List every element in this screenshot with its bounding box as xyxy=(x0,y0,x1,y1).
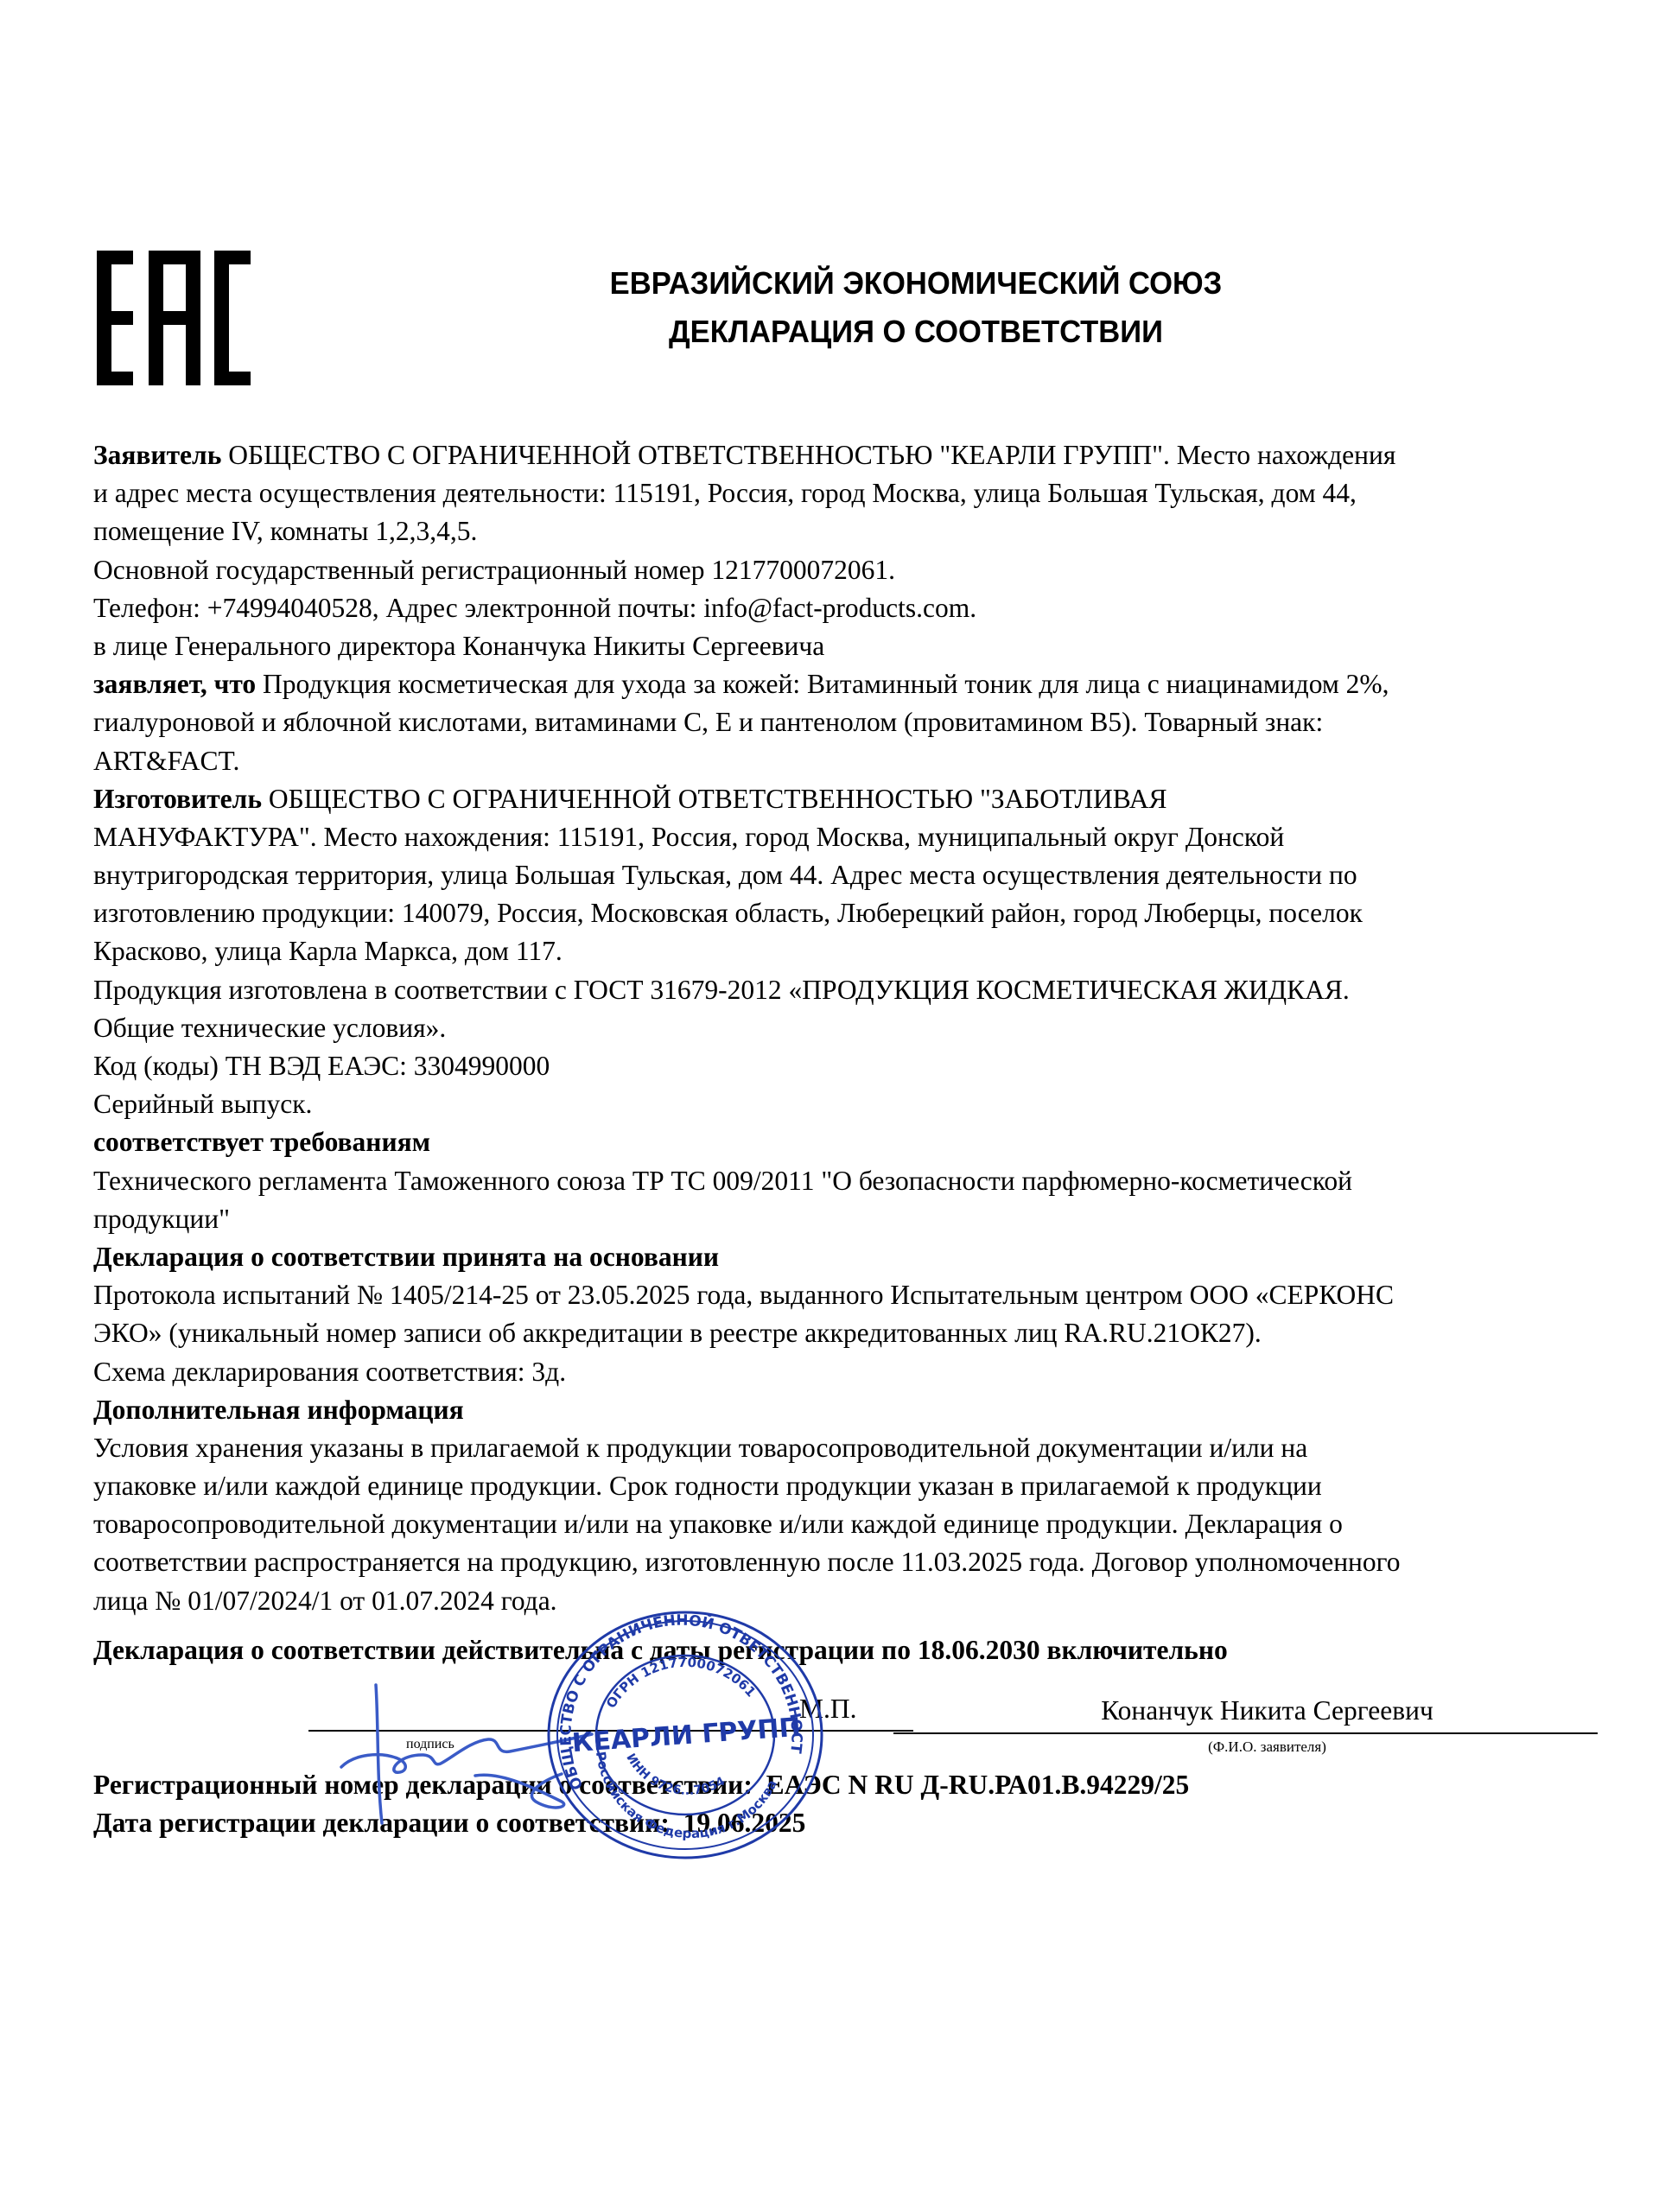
body-line: Основной государственный регистрационный… xyxy=(93,551,1601,589)
body-line: Телефон: +74994040528, Адрес электронной… xyxy=(93,589,1601,627)
line-text: соответствии распространяется на продукц… xyxy=(93,1547,1401,1577)
body-line: Изготовитель ОБЩЕСТВО С ОГРАНИЧЕННОЙ ОТВ… xyxy=(93,780,1601,818)
line-text: в лице Генерального директора Конанчука … xyxy=(93,631,824,661)
section-label: Заявитель xyxy=(93,440,221,470)
company-stamp-icon: ОБЩЕСТВО С ОГРАНИЧЕННОЙ ОТВЕТСТВЕННОСТЬЮ… xyxy=(531,1605,834,1865)
body-line: и адрес места осуществления деятельности… xyxy=(93,474,1601,512)
body-line: лица № 01/07/2024/1 от 01.07.2024 года. xyxy=(93,1582,1601,1620)
section-label: Декларация о соответствии принята на осн… xyxy=(93,1242,719,1272)
line-text: Продукция косметическая для ухода за кож… xyxy=(256,669,1389,699)
line-text: лица № 01/07/2024/1 от 01.07.2024 года. xyxy=(93,1586,557,1616)
body-line: ART&FACT. xyxy=(93,742,1601,780)
line-text: ЭКО» (уникальный номер записи об аккреди… xyxy=(93,1318,1262,1348)
line-text: ART&FACT. xyxy=(93,746,239,776)
applicant-caption: (Ф.И.О. заявителя) xyxy=(893,1738,1598,1756)
body-line: Условия хранения указаны в прилагаемой к… xyxy=(93,1429,1601,1467)
line-text: внутригородская территория, улица Больша… xyxy=(93,860,1357,890)
svg-text:ОГРН 1217700072061: ОГРН 1217700072061 xyxy=(603,1655,759,1711)
declaration-page: ЕВРАЗИЙСКИЙ ЭКОНОМИЧЕСКИЙ СОЮЗ ДЕКЛАРАЦИ… xyxy=(0,0,1659,2212)
line-text: Протокола испытаний № 1405/214-25 от 23.… xyxy=(93,1280,1394,1310)
line-text: упаковке и/или каждой единице продукции.… xyxy=(93,1471,1322,1501)
section-label: Дополнительная информация xyxy=(93,1395,464,1425)
body-line: Технического регламента Таможенного союз… xyxy=(93,1162,1601,1200)
body-line: Продукция изготовлена в соответствии с Г… xyxy=(93,971,1601,1009)
body-line: товаросопроводительной документации и/ил… xyxy=(93,1505,1601,1543)
line-text: Условия хранения указаны в прилагаемой к… xyxy=(93,1433,1307,1463)
body-line: Красково, улица Карла Маркса, дом 117. xyxy=(93,932,1601,970)
body-line: Дополнительная информация xyxy=(93,1391,1601,1429)
line-text: Продукция изготовлена в соответствии с Г… xyxy=(93,975,1350,1005)
line-text: Технического регламента Таможенного союз… xyxy=(93,1166,1352,1196)
line-text: ОБЩЕСТВО С ОГРАНИЧЕННОЙ ОТВЕТСТВЕННОСТЬЮ… xyxy=(221,440,1395,470)
line-text: продукции" xyxy=(93,1204,230,1234)
line-text: Телефон: +74994040528, Адрес электронной… xyxy=(93,593,976,623)
body-line: изготовлению продукции: 140079, Россия, … xyxy=(93,894,1601,932)
body-line: Код (коды) ТН ВЭД ЕАЭС: 3304990000 xyxy=(93,1047,1601,1085)
line-text: и адрес места осуществления деятельности… xyxy=(93,478,1357,508)
body-line: Схема декларирования соответствия: 3д. xyxy=(93,1353,1601,1391)
line-text: гиалуроновой и яблочной кислотами, витам… xyxy=(93,707,1323,737)
body-line: МАНУФАКТУРА". Место нахождения: 115191, … xyxy=(93,818,1601,856)
line-text: МАНУФАКТУРА". Место нахождения: 115191, … xyxy=(93,822,1284,852)
applicant-name-line xyxy=(893,1732,1598,1734)
line-text: изготовлению продукции: 140079, Россия, … xyxy=(93,898,1363,928)
body-line: Общие технические условия». xyxy=(93,1009,1601,1047)
svg-text:КЕАРЛИ ГРУПП: КЕАРЛИ ГРУПП xyxy=(571,1713,802,1758)
body-line: упаковке и/или каждой единице продукции.… xyxy=(93,1467,1601,1505)
svg-text:ИНН 9726...7054: ИНН 9726...7054 xyxy=(623,1751,728,1798)
line-text: Красково, улица Карла Маркса, дом 117. xyxy=(93,936,563,966)
line-text: помещение IV, комнаты 1,2,3,4,5. xyxy=(93,516,477,546)
section-label: соответствует требованиям xyxy=(93,1127,430,1157)
body-line: гиалуроновой и яблочной кислотами, витам… xyxy=(93,703,1601,741)
body-line: Серийный выпуск. xyxy=(93,1085,1601,1123)
applicant-name: Конанчук Никита Сергеевич xyxy=(893,1695,1598,1726)
line-text: Серийный выпуск. xyxy=(93,1089,312,1119)
declaration-body: Заявитель ОБЩЕСТВО С ОГРАНИЧЕННОЙ ОТВЕТС… xyxy=(93,436,1601,1620)
declaration-title: ДЕКЛАРАЦИЯ О СООТВЕТСТВИИ xyxy=(501,308,1331,356)
document-header: ЕВРАЗИЙСКИЙ ЭКОНОМИЧЕСКИЙ СОЮЗ ДЕКЛАРАЦИ… xyxy=(501,259,1331,356)
line-text: товаросопроводительной документации и/ил… xyxy=(93,1509,1343,1539)
body-line: Заявитель ОБЩЕСТВО С ОГРАНИЧЕННОЙ ОТВЕТС… xyxy=(93,436,1601,474)
body-line: в лице Генерального директора Конанчука … xyxy=(93,627,1601,665)
body-line: ЭКО» (уникальный номер записи об аккреди… xyxy=(93,1314,1601,1352)
union-title: ЕВРАЗИЙСКИЙ ЭКОНОМИЧЕСКИЙ СОЮЗ xyxy=(501,259,1331,308)
body-line: внутригородская территория, улица Больша… xyxy=(93,856,1601,894)
line-text: Код (коды) ТН ВЭД ЕАЭС: 3304990000 xyxy=(93,1051,550,1081)
line-text: Основной государственный регистрационный… xyxy=(93,555,895,585)
section-label: заявляет, что xyxy=(93,669,256,699)
line-text: ОБЩЕСТВО С ОГРАНИЧЕННОЙ ОТВЕТСТВЕННОСТЬЮ… xyxy=(262,784,1167,814)
body-line: соответствует требованиям xyxy=(93,1123,1601,1161)
body-line: соответствии распространяется на продукц… xyxy=(93,1543,1601,1581)
line-text: Общие технические условия». xyxy=(93,1013,446,1043)
line-text: Схема декларирования соответствия: 3д. xyxy=(93,1357,566,1387)
body-line: продукции" xyxy=(93,1200,1601,1238)
body-line: Протокола испытаний № 1405/214-25 от 23.… xyxy=(93,1276,1601,1314)
section-label: Изготовитель xyxy=(93,784,262,814)
eac-logo-icon xyxy=(97,251,252,385)
body-line: заявляет, что Продукция косметическая дл… xyxy=(93,665,1601,703)
body-line: Декларация о соответствии принята на осн… xyxy=(93,1238,1601,1276)
body-line: помещение IV, комнаты 1,2,3,4,5. xyxy=(93,512,1601,550)
